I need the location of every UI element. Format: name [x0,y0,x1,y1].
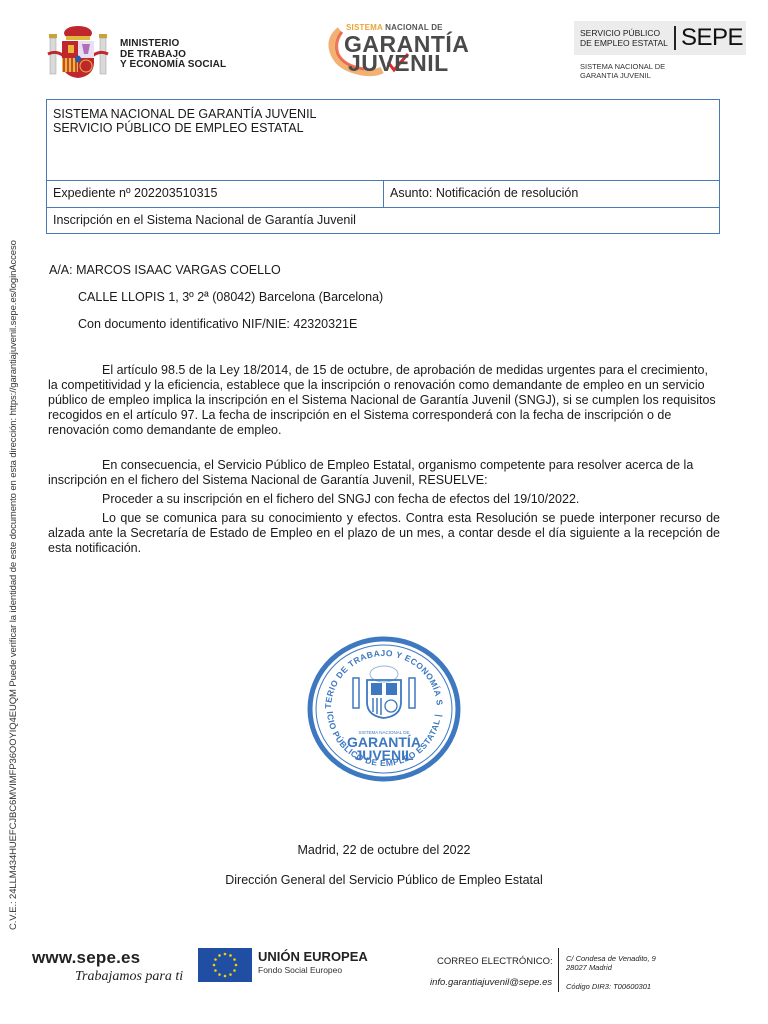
sepe-small-line: SERVICIO PÚBLICO [580,28,668,38]
eu-title: UNIÓN EUROPEA [258,949,368,964]
eu-flag-icon [198,948,252,982]
org-line: SISTEMA NACIONAL DE GARANTÍA JUVENIL [53,107,713,121]
ministerio-name: MINISTERIO DE TRABAJO Y ECONOMÍA SOCIAL [120,39,226,71]
header-table: SISTEMA NACIONAL DE GARANTÍA JUVENIL SER… [46,99,720,234]
dir3-code: Código DIR3: T00600301 [566,982,651,991]
paragraph-4: Lo que se comunica para su conocimiento … [48,511,720,556]
footer-address: C/ Condesa de Venadito, 9 28027 Madrid [566,955,656,972]
slogan: Trabajamos para ti [75,969,183,985]
org-line: SERVICIO PÚBLICO DE EMPLEO ESTATAL [53,121,713,135]
asunto-cell: Asunto: Notificación de resolución [385,181,719,207]
verification-note: C.V.E.: 24LLM434HUEFCJBC6MVIMFP36OOYIQ4E… [8,190,19,930]
sepe-wordmark: SEPE [681,24,743,52]
footer-address-line: 28027 Madrid [566,964,656,973]
header-table-org: SISTEMA NACIONAL DE GARANTÍA JUVENIL SER… [47,100,719,181]
sepe-small-line: DE EMPLEO ESTATAL [580,38,668,48]
email-label: CORREO ELECTRÓNICO: [437,956,553,967]
recipient-address: CALLE LLOPIS 1, 3º 2ª (08042) Barcelona … [78,290,383,304]
ministerio-line: Y ECONOMÍA SOCIAL [120,60,226,71]
sepe-divider [674,26,676,50]
signature-org: Dirección General del Servicio Público d… [0,873,768,887]
expediente-cell: Expediente nº 202203510315 [47,181,384,207]
paragraph-1: El artículo 98.5 de la Ley 18/2014, de 1… [48,363,720,438]
sepe-logo: SERVICIO PÚBLICO DE EMPLEO ESTATAL SEPE [574,21,746,55]
svg-text:JUVENIL: JUVENIL [354,747,414,763]
recipient-document: Con documento identificativo NIF/NIE: 42… [78,317,357,331]
garantia-juvenil-logo: SISTEMA NACIONAL DE GARANTÍA JUVENIL [326,20,466,78]
footer-divider [558,948,559,992]
paragraph-2: En consecuencia, el Servicio Público de … [48,458,720,488]
official-seal: MINISTERIO DE TRABAJO Y ECONOMÍA SOCIAL … [307,636,461,782]
gj-line2: JUVENIL [348,50,449,77]
sepe-small-text: SERVICIO PÚBLICO DE EMPLEO ESTATAL [580,28,668,48]
ministerio-line: MINISTERIO [120,39,226,50]
paragraph-3: Proceder a su inscripción en el fichero … [48,492,720,507]
website-link[interactable]: www.sepe.es [32,948,140,968]
eu-subtitle: Fondo Social Europeo [258,965,342,975]
header-table-row: Expediente nº 202203510315 Asunto: Notif… [47,181,719,208]
recipient-name: A/A: MARCOS ISAAC VARGAS COELLO [49,263,281,277]
ministerio-logo: MINISTERIO DE TRABAJO Y ECONOMÍA SOCIAL [46,24,246,82]
sepe-subtitle: SISTEMA NACIONAL DE GARANTIA JUVENIL [580,63,665,80]
coat-of-arms-icon [46,24,110,80]
signature-date: Madrid, 22 de octubre del 2022 [0,843,768,857]
email-link[interactable]: info.garantiajuvenil@sepe.es [430,977,552,988]
descripcion-cell: Inscripción en el Sistema Nacional de Ga… [47,208,719,234]
seal-icon: MINISTERIO DE TRABAJO Y ECONOMÍA SOCIAL … [307,636,461,782]
sepe-sub-line: GARANTIA JUVENIL [580,72,665,81]
